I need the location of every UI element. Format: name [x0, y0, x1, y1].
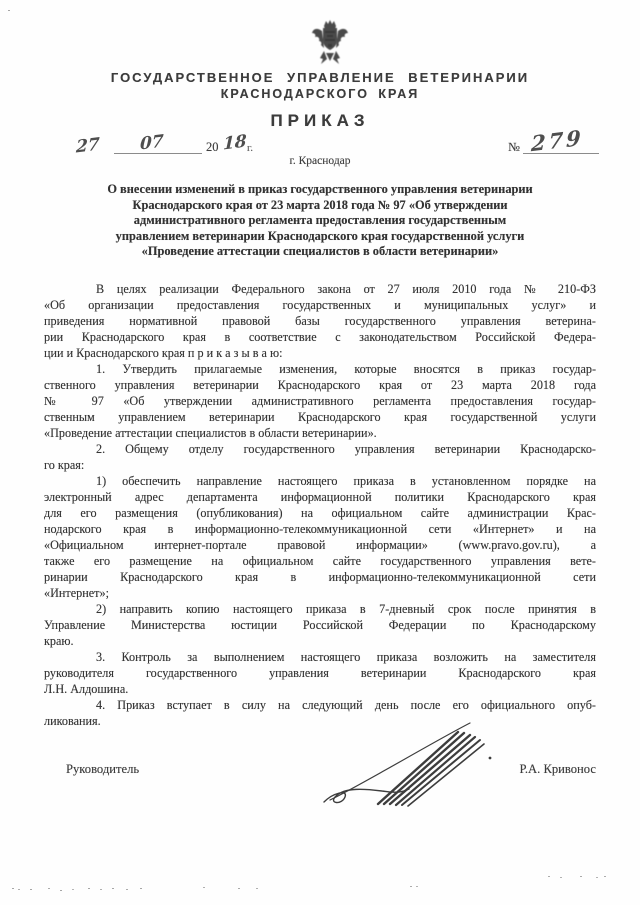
handwritten-year: 18 — [223, 131, 247, 154]
text-line: электронный адрес департамента информаци… — [44, 489, 596, 505]
letterhead: ГОСУДАРСТВЕННОЕ УПРАВЛЕНИЕ ВЕТЕРИНАРИИ К… — [0, 70, 640, 131]
handwritten-month: 07 — [140, 131, 164, 154]
title-line: административного регламента предоставле… — [60, 213, 580, 229]
text-line: ринарии Краснодарского края в информацио… — [44, 569, 596, 585]
org-name-line1: ГОСУДАРСТВЕННОЕ УПРАВЛЕНИЕ ВЕТЕРИНАРИИ — [0, 70, 640, 85]
signer-position: Руководитель — [66, 762, 139, 777]
year-prefix: 20 — [206, 140, 219, 155]
text-line: руководителя государственного управления… — [44, 665, 596, 681]
text-line: 4. Приказ вступает в силу на следующий д… — [44, 697, 596, 713]
text-line: приведения нормативной правовой базы гос… — [44, 313, 596, 329]
text-line: рии Краснодарского края в соответствие с… — [44, 329, 596, 345]
text-line: «Официальном интернет-портале правовой и… — [44, 537, 596, 553]
text-line: нодарского края в информационно-телекомм… — [44, 521, 596, 537]
number-sign: № — [508, 140, 520, 155]
year-suffix: г. — [247, 142, 253, 154]
text-line: 1. Утвердить прилагаемые изменения, кото… — [44, 361, 596, 377]
text-line: 3. Контроль за выполнением настоящего пр… — [44, 649, 596, 665]
org-name-line2: КРАСНОДАРСКОГО КРАЯ — [0, 87, 640, 101]
text-line: Управление Министерства юстиции Российск… — [44, 617, 596, 633]
title-line: управлением ветеринарии Краснодарского к… — [60, 229, 580, 245]
title-line: Краснодарского края от 23 марта 2018 год… — [60, 198, 580, 214]
text-line: ции и Краснодарского края п р и к а з ы … — [44, 345, 596, 361]
text-line: В целях реализации Федерального закона о… — [44, 281, 596, 297]
document-body: В целях реализации Федерального закона о… — [44, 281, 596, 729]
document-type: ПРИКАЗ — [0, 111, 640, 131]
text-line: Л.Н. Алдошина. — [44, 681, 596, 697]
coat-of-arms-icon — [310, 19, 350, 69]
text-line: для его размещения (опубликования) на оф… — [44, 505, 596, 521]
text-line: «Об организации предоставления государст… — [44, 297, 596, 313]
text-line: «Интернет»; — [44, 585, 596, 601]
text-line: ственным управлением ветеринарии Краснод… — [44, 409, 596, 425]
scan-noise — [8, 10, 10, 11]
text-line: 2) направить копию настоящего приказа в … — [44, 601, 596, 617]
handwritten-signature — [318, 716, 513, 811]
title-line: О внесении изменений в приказ государств… — [60, 182, 580, 198]
document-title: О внесении изменений в приказ государств… — [60, 182, 580, 260]
title-line: «Проведение аттестации специалистов в об… — [60, 244, 580, 260]
text-line: краю. — [44, 633, 596, 649]
text-line: 2. Общему отделу государственного управл… — [44, 441, 596, 457]
signer-name: Р.А. Кривонос — [519, 762, 596, 777]
text-line: также его размещение на официальном сайт… — [44, 553, 596, 569]
text-line: «Проведение аттестации специалистов в об… — [44, 425, 596, 441]
text-line: 1) обеспечить направление настоящего при… — [44, 473, 596, 489]
text-line: № 97 «Об утверждении административного р… — [44, 393, 596, 409]
text-line: го края: — [44, 457, 596, 473]
place-name: г. Краснодар — [0, 155, 640, 167]
document-page: ГОСУДАРСТВЕННОЕ УПРАВЛЕНИЕ ВЕТЕРИНАРИИ К… — [0, 0, 640, 905]
text-line: ственного управления ветеринарии Краснод… — [44, 377, 596, 393]
